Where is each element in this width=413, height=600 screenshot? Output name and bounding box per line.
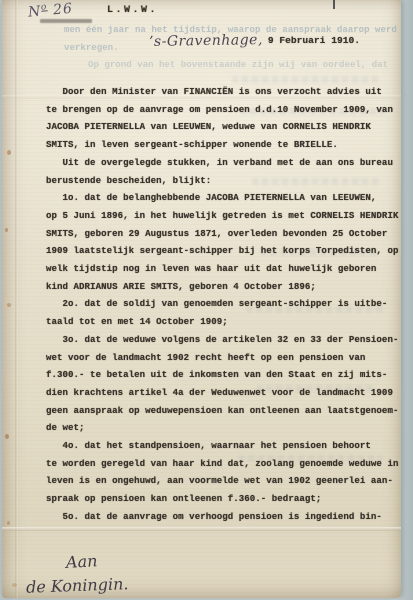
closing-line: Aan [66,551,98,572]
body-line: 2o. dat de soldij van genoemden sergeant… [46,295,402,313]
paper-blemish [7,150,11,155]
body-line: welk tijdstip nog in leven was haar uit … [46,260,402,278]
body-line: te worden geregeld van haar kind dat, zo… [46,455,402,473]
body-line: taald tot en met 14 October 1909; [46,313,402,331]
document-page: No 26 L.W.W. men één jaar na het tijdsti… [2,0,401,598]
body-line: SMITS, geboren 29 Augustus 1871, overled… [46,225,402,243]
body-line: 1o. dat de belanghebbende JACOBA PIETERN… [46,189,402,207]
fold-crease [2,527,401,531]
dateline: ’s-Gravenhage,9 Februari 1910. [149,32,389,50]
body-line: 5o. dat de aanvrage om verhoogd pensioen… [46,508,402,526]
body-line: geen aanspraak op weduwepensioen kan ont… [46,402,402,420]
document-number-value: 26 [52,1,73,19]
document-number: No 26 [27,0,73,21]
archive-stamp [40,19,92,23]
paper-blemish [5,434,9,439]
paper-blemish [7,521,10,525]
paper-blemish [5,228,8,232]
body-line: Uit de overgelegde stukken, in verband m… [46,154,402,172]
scanned-document: No 26 L.W.W. men één jaar na het tijdsti… [0,0,413,600]
body-line: Door den Minister van FINANCIËN is ons v… [46,83,402,101]
closing-line: de Koningin. [26,574,129,597]
body-line: wet voor de landmacht 1902 recht heeft o… [46,349,402,367]
pen-mark [333,0,335,9]
paper-blemish [12,583,17,587]
body-line: spraak op pensioen kan ontleenen f.360.-… [46,490,402,508]
document-body: Door den Minister van FINANCIËN is ons v… [46,83,402,526]
paper-blemish [7,303,11,307]
dateline-date: 9 Februari 1910. [268,35,360,46]
bleedthrough-line: verkregen. [64,42,119,53]
vertical-crease [15,0,18,598]
body-line: 4o. dat het standpensioen, waarnaar het … [46,437,402,455]
bleedthrough-smudge [232,76,382,83]
body-line: JACOBA PIETERNELLA van LEEUWEN, weduwe v… [46,118,402,136]
body-line: f.300.- te betalen uit de inkomsten van … [46,366,402,384]
document-number-superscript: o [41,2,48,13]
body-line: 3o. dat de weduwe volgens de artikelen 3… [46,331,402,349]
body-line: op 5 Juni 1896, in het huwelijk getreden… [46,207,402,225]
body-line: leven is en ongehuwd, aan voormelde wet … [46,472,402,490]
body-line: te brengen op de aanvrage om pensioen d.… [46,101,402,119]
body-line: kind ADRIANUS ARIE SMITS, geboren 4 Octo… [46,278,402,296]
reference-code: L.W.W. [107,5,158,16]
body-line: de wet; [46,419,402,437]
body-line: 1909 laatstelijk sergeant-schipper bij h… [46,242,402,260]
body-line: SMITS, in leven sergeant-schipper wonend… [46,136,402,154]
bleedthrough-line: Op grond van het bovenstaande zijn wij v… [88,59,388,70]
body-line: dien krachtens artikel 4a der Weduwenwet… [46,384,402,402]
dateline-place: ’s-Gravenhage, [149,32,263,50]
body-line: berustende bescheiden, blijkt: [46,172,402,190]
